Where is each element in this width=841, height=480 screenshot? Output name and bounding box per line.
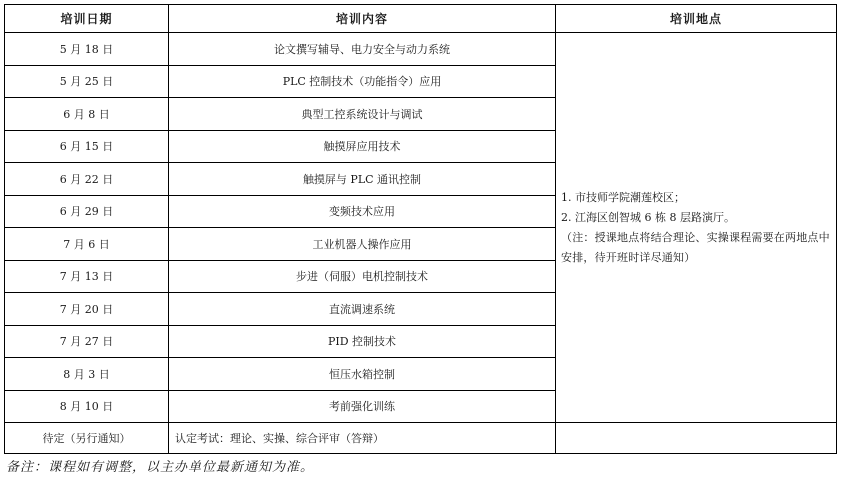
date-cell: 7 月 27 日 [5,325,169,358]
header-location: 培训地点 [556,5,837,33]
date-cell: 6 月 29 日 [5,195,169,228]
content-cell: 认定考试：理论、实操、综合评审（答辩） [169,423,556,454]
location-line-2: 2. 江海区创智城 6 栋 8 层路演厅。 [561,208,830,228]
content-cell: 工业机器人操作应用 [169,228,556,261]
table-row-exam: 待定（另行通知） 认定考试：理论、实操、综合评审（答辩） [5,423,837,454]
date-cell: 6 月 8 日 [5,98,169,131]
content-cell: 考前强化训练 [169,390,556,423]
header-content: 培训内容 [169,5,556,33]
date-cell: 6 月 15 日 [5,130,169,163]
date-cell: 8 月 10 日 [5,390,169,423]
content-cell: 恒压水箱控制 [169,358,556,391]
date-cell: 5 月 18 日 [5,33,169,66]
content-cell: 步进（伺服）电机控制技术 [169,260,556,293]
location-cell-empty [556,423,837,454]
date-cell: 7 月 6 日 [5,228,169,261]
content-cell: 触摸屏与 PLC 通讯控制 [169,163,556,196]
content-cell: 论文撰写辅导、电力安全与动力系统 [169,33,556,66]
header-row: 培训日期 培训内容 培训地点 [5,5,837,33]
date-cell: 8 月 3 日 [5,358,169,391]
content-cell: 典型工控系统设计与调试 [169,98,556,131]
location-line-1: 1. 市技师学院潮莲校区； [561,188,830,208]
location-cell: 1. 市技师学院潮莲校区； 2. 江海区创智城 6 栋 8 层路演厅。 （注：授… [556,33,837,423]
header-date: 培训日期 [5,5,169,33]
content-cell: 变频技术应用 [169,195,556,228]
footnote: 备注：课程如有调整，以主办单位最新通知为准。 [6,456,314,475]
date-cell: 6 月 22 日 [5,163,169,196]
content-cell: 直流调速系统 [169,293,556,326]
table-row: 5 月 18 日 论文撰写辅导、电力安全与动力系统 1. 市技师学院潮莲校区； … [5,33,837,66]
date-cell: 7 月 20 日 [5,293,169,326]
training-schedule-table: 培训日期 培训内容 培训地点 5 月 18 日 论文撰写辅导、电力安全与动力系统… [4,4,837,454]
location-note: （注：授课地点将结合理论、实操课程需要在两地点中安排，待开班时详尽通知） [561,228,830,268]
date-cell: 7 月 13 日 [5,260,169,293]
date-cell: 5 月 25 日 [5,65,169,98]
content-cell: PLC 控制技术（功能指令）应用 [169,65,556,98]
content-cell: PID 控制技术 [169,325,556,358]
content-cell: 触摸屏应用技术 [169,130,556,163]
date-cell: 待定（另行通知） [5,423,169,454]
